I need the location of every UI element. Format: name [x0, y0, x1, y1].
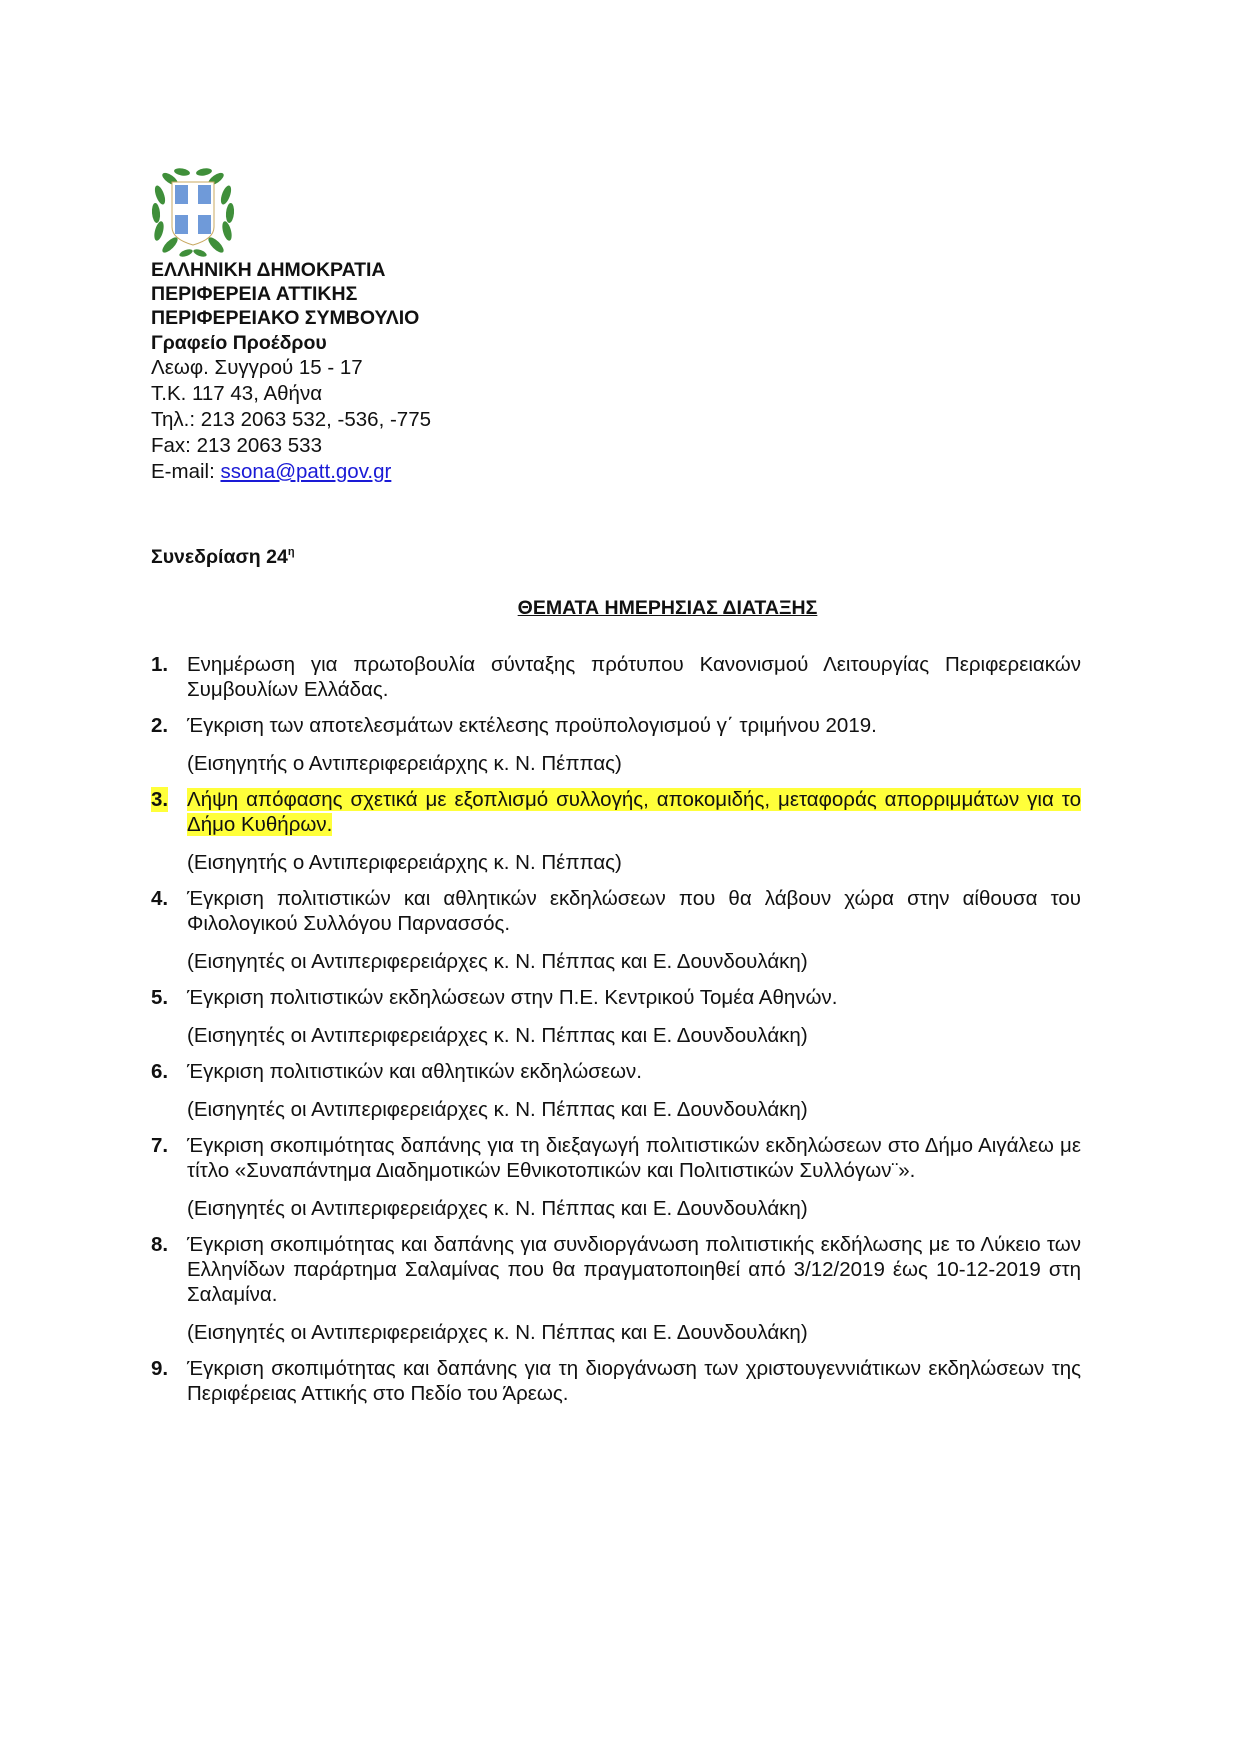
agenda-item-number: 7. [151, 1133, 168, 1158]
agenda-item-text: Έγκριση πολιτιστικών εκδηλώσεων στην Π.Ε… [187, 985, 1081, 1010]
agenda-item-rapporteur: (Εισηγητής ο Αντιπεριφερειάρχης κ. Ν. Πέ… [151, 850, 1081, 875]
agenda-item-body: 3.Λήψη απόφασης σχετικά με εξοπλισμό συλ… [151, 787, 1081, 837]
fax: Fax: 213 2063 533 [151, 433, 431, 459]
agenda-item-text: Ενημέρωση για πρωτοβουλία σύνταξης πρότυ… [187, 652, 1081, 702]
agenda-item-text: Έγκριση των αποτελεσμάτων εκτέλεσης προϋ… [187, 713, 1081, 738]
country-name: ΕΛΛΗΝΙΚΗ ΔΗΜΟΚΡΑΤΙΑ [151, 258, 431, 282]
agenda-item-rapporteur: (Εισηγητές οι Αντιπεριφερειάρχες κ. Ν. Π… [151, 1023, 1081, 1048]
agenda-item: 9.Έγκριση σκοπιμότητας και δαπάνης για τ… [151, 1356, 1081, 1406]
agenda-item-body: 1.Ενημέρωση για πρωτοβουλία σύνταξης πρό… [151, 652, 1081, 702]
agenda-item-text: Έγκριση σκοπιμότητας δαπάνης για τη διεξ… [187, 1133, 1081, 1183]
agenda-item-number: 3. [151, 787, 168, 812]
agenda-item-rapporteur: (Εισηγητές οι Αντιπεριφερειάρχες κ. Ν. Π… [151, 1097, 1081, 1122]
agenda-item: 7.Έγκριση σκοπιμότητας δαπάνης για τη δι… [151, 1133, 1081, 1221]
agenda-item-rapporteur: (Εισηγητές οι Αντιπεριφερειάρχες κ. Ν. Π… [151, 949, 1081, 974]
agenda-item-number: 6. [151, 1059, 168, 1084]
greek-coat-of-arms-icon [150, 165, 236, 259]
agenda-item-text: Λήψη απόφασης σχετικά με εξοπλισμό συλλο… [187, 787, 1081, 837]
document-page: ΕΛΛΗΝΙΚΗ ΔΗΜΟΚΡΑΤΙΑ ΠΕΡΙΦΕΡΕΙΑ ΑΤΤΙΚΗΣ Π… [0, 0, 1240, 1753]
agenda-item-text: Έγκριση σκοπιμότητας και δαπάνης για τη … [187, 1356, 1081, 1406]
postal-code: Τ.Κ. 117 43, Αθήνα [151, 381, 431, 407]
agenda-item-body: 6.Έγκριση πολιτιστικών και αθλητικών εκδ… [151, 1059, 1081, 1084]
agenda-item-body: 4.Έγκριση πολιτιστικών και αθλητικών εκδ… [151, 886, 1081, 936]
council-name: ΠΕΡΙΦΕΡΕΙΑΚΟ ΣΥΜΒΟΥΛΙΟ [151, 306, 431, 330]
agenda-item-number: 5. [151, 985, 168, 1010]
agenda-item: 6.Έγκριση πολιτιστικών και αθλητικών εκδ… [151, 1059, 1081, 1122]
agenda-item-number: 2. [151, 713, 168, 738]
agenda-item-number: 8. [151, 1232, 168, 1257]
agenda-item-number: 9. [151, 1356, 168, 1381]
address: Λεωφ. Συγγρού 15 - 17 [151, 355, 431, 381]
agenda-item-rapporteur: (Εισηγητές οι Αντιπεριφερειάρχες κ. Ν. Π… [151, 1320, 1081, 1345]
agenda-item-number: 1. [151, 652, 168, 677]
agenda-item-body: 9.Έγκριση σκοπιμότητας και δαπάνης για τ… [151, 1356, 1081, 1406]
email-line: E-mail: ssona@patt.gov.gr [151, 459, 431, 485]
agenda-item-text: Έγκριση πολιτιστικών και αθλητικών εκδηλ… [187, 1059, 1081, 1084]
agenda-item: 1.Ενημέρωση για πρωτοβουλία σύνταξης πρό… [151, 652, 1081, 702]
session-ordinal-suffix: η [288, 546, 295, 558]
agenda-item: 3.Λήψη απόφασης σχετικά με εξοπλισμό συλ… [151, 787, 1081, 875]
agenda-item-body: 2.Έγκριση των αποτελεσμάτων εκτέλεσης πρ… [151, 713, 1081, 738]
agenda-title: ΘΕΜΑΤΑ ΗΜΕΡΗΣΙΑΣ ΔΙΑΤΑΞΗΣ [0, 597, 1240, 620]
agenda-item-rapporteur: (Εισηγητής ο Αντιπεριφερειάρχης κ. Ν. Πέ… [151, 751, 1081, 776]
agenda-item: 8.Έγκριση σκοπιμότητας και δαπάνης για σ… [151, 1232, 1081, 1345]
agenda-item-rapporteur: (Εισηγητές οι Αντιπεριφερειάρχες κ. Ν. Π… [151, 1196, 1081, 1221]
agenda-item-body: 8.Έγκριση σκοπιμότητας και δαπάνης για σ… [151, 1232, 1081, 1307]
phone: Τηλ.: 213 2063 532, -536, -775 [151, 407, 431, 433]
email-link[interactable]: ssona@patt.gov.gr [220, 460, 391, 483]
region-name: ΠΕΡΙΦΕΡΕΙΑ ΑΤΤΙΚΗΣ [151, 282, 431, 306]
agenda-item-text: Έγκριση σκοπιμότητας και δαπάνης για συν… [187, 1232, 1081, 1307]
session-heading: Συνεδρίαση 24η [151, 546, 295, 569]
agenda-item-number: 4. [151, 886, 168, 911]
email-label: E-mail: [151, 460, 220, 483]
agenda-item: 5.Έγκριση πολιτιστικών εκδηλώσεων στην Π… [151, 985, 1081, 1048]
agenda-list: 1.Ενημέρωση για πρωτοβουλία σύνταξης πρό… [151, 652, 1081, 1417]
letterhead: ΕΛΛΗΝΙΚΗ ΔΗΜΟΚΡΑΤΙΑ ΠΕΡΙΦΕΡΕΙΑ ΑΤΤΙΚΗΣ Π… [151, 258, 431, 485]
agenda-item-body: 7.Έγκριση σκοπιμότητας δαπάνης για τη δι… [151, 1133, 1081, 1183]
agenda-item-text: Έγκριση πολιτιστικών και αθλητικών εκδηλ… [187, 886, 1081, 936]
office-name: Γραφείο Προέδρου [151, 331, 431, 355]
agenda-item: 2.Έγκριση των αποτελεσμάτων εκτέλεσης πρ… [151, 713, 1081, 776]
agenda-item-body: 5.Έγκριση πολιτιστικών εκδηλώσεων στην Π… [151, 985, 1081, 1010]
agenda-item: 4.Έγκριση πολιτιστικών και αθλητικών εκδ… [151, 886, 1081, 974]
